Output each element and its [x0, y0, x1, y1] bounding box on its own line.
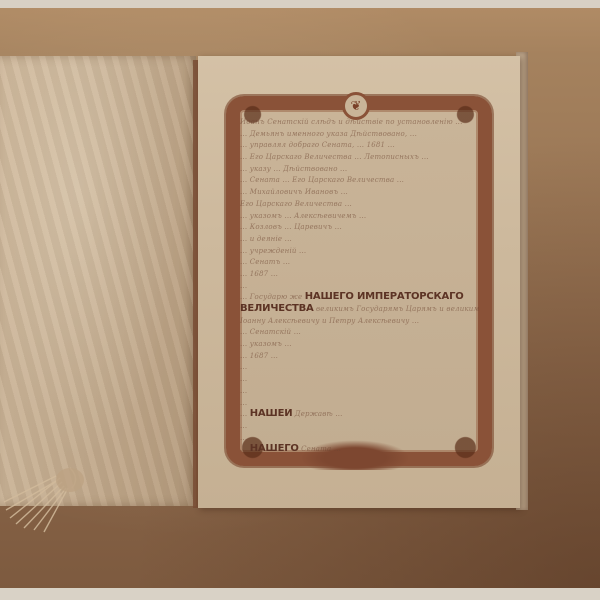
text-line: ... Сенатъ ...	[240, 256, 480, 268]
text-line: ... Сената ... Его Царскаго Величества .…	[240, 174, 480, 186]
handwriting: ... указу ... Дѣйствовано ...	[240, 165, 347, 173]
handwriting: ... Козловъ ... Царевичъ ...	[240, 223, 342, 231]
text-line: ...	[240, 385, 480, 397]
text-line: ...	[240, 420, 480, 432]
handwriting: ...	[240, 282, 247, 290]
text-line: ... Сенатскій ...	[240, 326, 480, 338]
text-line: ...	[240, 397, 480, 409]
text-line: Его Царскаго Величества ...	[240, 198, 480, 210]
handwriting: ...	[240, 399, 247, 407]
text-line: ... учрежденій ...	[240, 245, 480, 257]
text-line: ... указу ... Дѣйствовано ...	[240, 163, 480, 175]
handwriting: ...	[240, 410, 250, 418]
text-line: ... 1687 ...	[240, 350, 480, 362]
handwriting: ... Сенатъ ...	[240, 258, 290, 266]
text-line: ... 1687 ...	[240, 268, 480, 280]
handwriting: ... Сенатскій ...	[240, 328, 301, 336]
handwriting: ... Михайловичъ Ивановъ ...	[240, 188, 348, 196]
handwriting: ...	[240, 434, 247, 442]
handwriting: ... учрежденій ...	[240, 247, 306, 255]
text-line: ...	[240, 361, 480, 373]
handwriting: Державѣ ...	[292, 410, 342, 418]
handwriting: ... Государю же	[240, 293, 305, 301]
handwriting: ... 1687 ...	[240, 352, 278, 360]
headline-word: НАШЕЙ	[250, 408, 293, 419]
handwriting: ... указомъ ...	[240, 340, 292, 348]
handwriting: великимъ Государямъ Царямъ и великимъ Кн…	[314, 305, 480, 313]
text-line: ... Его Царскаго Величества ... Летописн…	[240, 151, 480, 163]
text-line: ... указомъ ... Алексѣевичемъ ...	[240, 210, 480, 222]
text-line: ... Михайловичъ Ивановъ ...	[240, 186, 480, 198]
photo-margin	[0, 588, 600, 600]
headline-word: ВЕЛИЧЕСТВА	[240, 303, 314, 314]
manuscript-text: Иоанъ Сенатскій слѣдъ и дѣйствіе по уста…	[240, 116, 480, 452]
handwriting: ... Его Царскаго Величества ... Летописн…	[240, 153, 429, 161]
text-line: ...	[240, 280, 480, 292]
handwriting: ...	[240, 422, 247, 430]
tassel-icon	[0, 458, 100, 538]
text-line: ... Демьянъ именного указа Дѣйствовано, …	[240, 128, 480, 140]
handwriting: ... и деяніе ...	[240, 235, 292, 243]
text-line: ...	[240, 373, 480, 385]
handwriting: ... управлял добраго Сената, ... 1681 ..…	[240, 141, 395, 149]
text-line: ... управлял добраго Сената, ... 1681 ..…	[240, 139, 480, 151]
handwriting: ...	[240, 387, 247, 395]
left-blank-page	[0, 56, 196, 506]
text-line: ВЕЛИЧЕСТВА великимъ Государямъ Царямъ и …	[240, 303, 480, 315]
handwriting: Иоанъ Сенатскій слѣдъ и дѣйствіе по уста…	[240, 118, 463, 126]
headline-word: НАШЕГО	[250, 443, 299, 452]
handwriting: ... Демьянъ именного указа Дѣйствовано, …	[240, 130, 417, 138]
handwriting: Сената ...	[299, 445, 341, 452]
text-line: ... и деяніе ...	[240, 233, 480, 245]
handwriting: Іоанну Алексѣевичу и Петру Алексѣевичу .…	[240, 317, 419, 325]
text-line: ... Государю же НАШЕГО ИМПЕРАТОРСКАГО	[240, 291, 480, 303]
handwriting: ...	[240, 375, 247, 383]
text-line: ... Козловъ ... Царевичъ ...	[240, 221, 480, 233]
handwriting: ... Сената ... Его Царскаго Величества .…	[240, 176, 404, 184]
handwriting: ...	[240, 445, 250, 452]
handwriting: ...	[240, 363, 247, 371]
handwriting: ... указомъ ... Алексѣевичемъ ...	[240, 212, 366, 220]
text-line: ... указомъ ...	[240, 338, 480, 350]
text-line: ...	[240, 432, 480, 444]
text-line: Иоанъ Сенатскій слѣдъ и дѣйствіе по уста…	[240, 116, 480, 128]
headline-word: НАШЕГО ИМПЕРАТОРСКАГО	[305, 291, 464, 302]
handwriting: ... 1687 ...	[240, 270, 278, 278]
text-line: Іоанну Алексѣевичу и Петру Алексѣевичу .…	[240, 315, 480, 327]
text-line: ... НАШЕЙ Державѣ ...	[240, 408, 480, 420]
handwriting: Его Царскаго Величества ...	[240, 200, 352, 208]
text-line: ... НАШЕГО Сената ...	[240, 443, 480, 452]
